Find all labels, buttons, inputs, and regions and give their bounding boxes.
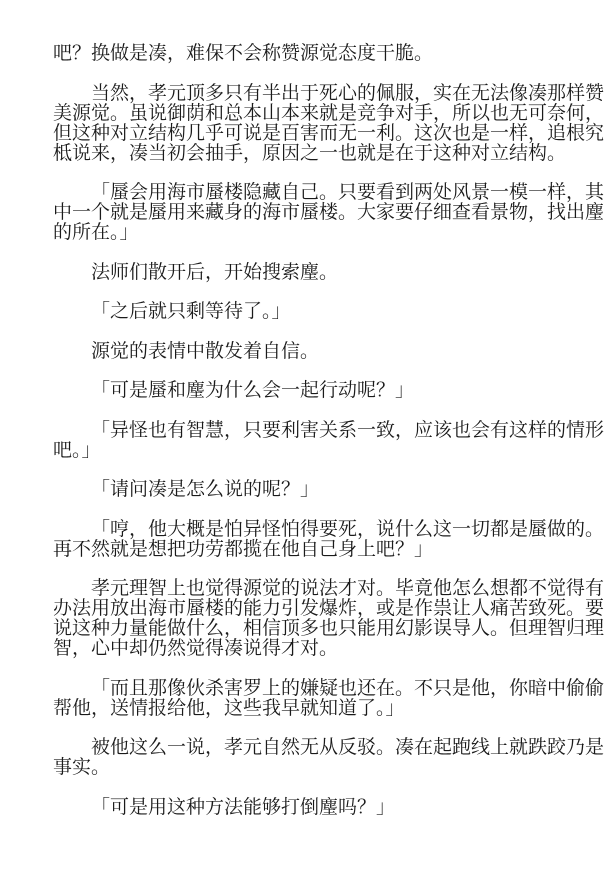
text-line: 「之后就只剩等待了。」 <box>53 301 553 321</box>
text-line: 源觉的表情中散发着自信。 <box>53 341 553 361</box>
paragraph-1: 吧？换做是凑，难保不会称赞源觉态度干脆。 <box>53 43 553 63</box>
paragraph-8-dialogue: 「异怪也有智慧，只要利害关系一致，应该也会有这样的情形 吧。」 <box>53 420 553 460</box>
paragraph-7-dialogue: 「可是蜃和麈为什么会一起行动呢？」 <box>53 380 553 400</box>
text-line: 美源觉。虽说御荫和总本山本来就是竞争对手，所以也无可奈何， <box>53 103 553 123</box>
paragraph-4: 法师们散开后，开始搜索麈。 <box>53 262 553 282</box>
paragraph-12-dialogue: 「而且那像伙杀害罗上的嫌疑也还在。不只是他，你暗中偷偷 帮他，送情报给他，这些我… <box>53 678 553 718</box>
text-line: 「可是蜃和麈为什么会一起行动呢？」 <box>53 380 553 400</box>
paragraph-5-dialogue: 「之后就只剩等待了。」 <box>53 301 553 321</box>
paragraph-14-dialogue: 「可是用这种方法能够打倒麈吗？」 <box>53 797 553 817</box>
text-line: 「请问凑是怎么说的呢？」 <box>53 479 553 499</box>
paragraph-3-dialogue: 「蜃会用海市蜃楼隐藏自己。只要看到两处风景一模一样，其 中一个就是蜃用来藏身的海… <box>53 182 553 242</box>
text-line: 的所在。」 <box>53 222 553 242</box>
text-line: 当然，孝元顶多只有半出于死心的佩服，实在无法像凑那样赞 <box>53 83 553 103</box>
text-line: 「异怪也有智慧，只要利害关系一致，应该也会有这样的情形 <box>53 420 553 440</box>
text-line: 孝元理智上也觉得源觉的说法才对。毕竟他怎么想都不觉得有 <box>53 578 553 598</box>
text-line: 说这种力量能做什么，相信顶多也只能用幻影误导人。但理智归理 <box>53 618 553 638</box>
paragraph-9-dialogue: 「请问凑是怎么说的呢？」 <box>53 479 553 499</box>
paragraph-13: 被他这么一说，孝元自然无从反驳。凑在起跑线上就跌跤乃是 事实。 <box>53 737 553 777</box>
document-page: 吧？换做是凑，难保不会称赞源觉态度干脆。 当然，孝元顶多只有半出于死心的佩服，实… <box>53 43 553 836</box>
text-line: 办法用放出海市蜃楼的能力引发爆炸，或是作祟让人痛苦致死。要 <box>53 598 553 618</box>
text-line: 「可是用这种方法能够打倒麈吗？」 <box>53 797 553 817</box>
text-line: 再不然就是想把功劳都揽在他自己身上吧？」 <box>53 539 553 559</box>
text-line: 被他这么一说，孝元自然无从反驳。凑在起跑线上就跌跤乃是 <box>53 737 553 757</box>
paragraph-6: 源觉的表情中散发着自信。 <box>53 341 553 361</box>
paragraph-11: 孝元理智上也觉得源觉的说法才对。毕竟他怎么想都不觉得有 办法用放出海市蜃楼的能力… <box>53 578 553 658</box>
text-line: 「哼，他大概是怕异怪怕得要死，说什么这一切都是蜃做的。 <box>53 519 553 539</box>
text-line: 法师们散开后，开始搜索麈。 <box>53 262 553 282</box>
text-line: 「而且那像伙杀害罗上的嫌疑也还在。不只是他，你暗中偷偷 <box>53 678 553 698</box>
text-line: 智，心中却仍然觉得凑说得才对。 <box>53 638 553 658</box>
text-line: 「蜃会用海市蜃楼隐藏自己。只要看到两处风景一模一样，其 <box>53 182 553 202</box>
text-line: 柢说来，凑当初会抽手，原因之一也就是在于这种对立结构。 <box>53 143 553 163</box>
text-line: 但这种对立结构几乎可说是百害而无一利。这次也是一样，追根究 <box>53 123 553 143</box>
paragraph-10-dialogue: 「哼，他大概是怕异怪怕得要死，说什么这一切都是蜃做的。 再不然就是想把功劳都揽在… <box>53 519 553 559</box>
text-line: 吧？换做是凑，难保不会称赞源觉态度干脆。 <box>53 43 553 63</box>
text-line: 帮他，送情报给他，这些我早就知道了。」 <box>53 698 553 718</box>
paragraph-2: 当然，孝元顶多只有半出于死心的佩服，实在无法像凑那样赞 美源觉。虽说御荫和总本山… <box>53 83 553 163</box>
text-line: 中一个就是蜃用来藏身的海市蜃楼。大家要仔细查看景物，找出麈 <box>53 202 553 222</box>
text-line: 事实。 <box>53 757 553 777</box>
text-line: 吧。」 <box>53 440 553 460</box>
